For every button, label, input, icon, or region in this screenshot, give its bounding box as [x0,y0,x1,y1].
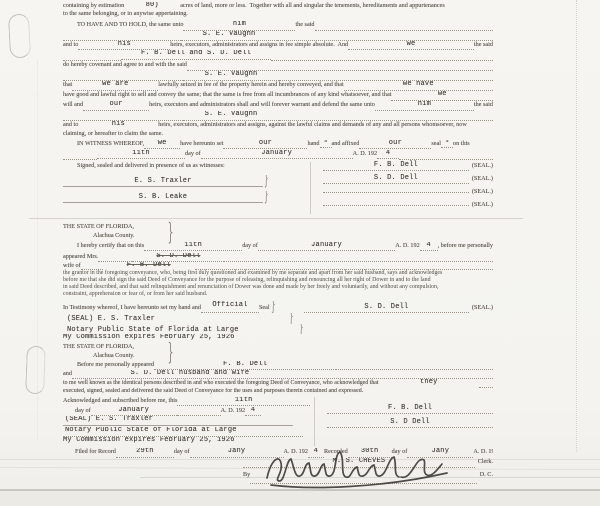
printed-text: and to [63,121,78,128]
dotted-leader [479,381,493,388]
line-belonging: to the same belonging, or in anywise app… [63,10,493,21]
fill-rec-day: 30th [348,448,392,457]
clerk-block: M. S. CHEVES Clerk. By D. C. [243,458,493,484]
fill-him: him [183,21,295,30]
dotted-leader [399,153,493,160]
printed-text: appeared Mrs. [63,253,98,260]
fill-notary-sig: (SEAL) E. S. Traxler [63,416,293,425]
line-testimony: In Testimony whereof, I have hereunto se… [63,301,493,313]
witness-seal-block: Signed, sealed and delivered in presence… [63,162,493,214]
fill-sd-dell-wife: S. D. Dell husband and wife [72,370,308,379]
line-notary-signature: (SEAL) E. S. Traxler } [63,313,493,324]
fill-we: we [348,41,474,50]
fill-his: his [78,121,158,129]
line-covenant-name: S. E. Vaughn [63,71,493,81]
fill-s: s [320,140,332,148]
fill-his: his [78,41,170,50]
spacer [276,306,304,313]
line-grantee-name: S. E. Vaughn [63,31,493,40]
printed-text: day of [242,242,258,249]
line-deputy: By D. C. [243,471,493,484]
fill-day: 11th [144,242,242,251]
printed-text: to the same belonging, or in anywise app… [63,10,188,17]
line-commission: My Commission expires February 25, 1926 [63,334,493,343]
fill-witness2: S. B. Leake [63,194,263,203]
line-notary-title: Notary Public State of Florida at Large … [63,324,493,334]
dotted-leader [279,114,493,121]
paragraph-line: constraint, apprehension or fear of, or … [63,291,493,298]
commission-text: My Commission expires February 25, 1926 [63,437,235,444]
line-notary-title-2: Notary Public State of Florida at Large [63,427,310,437]
fill-we-have: we have [344,81,493,90]
fill-filed-month: Jany [190,448,284,457]
fill-they: they [379,379,479,387]
line-before-me: Before me personally appeared F. B. Dell [63,361,493,370]
brace: } [264,175,268,190]
fill-rec-month: Jany [407,448,473,457]
witness-signature-1: E. S. Traxler } [63,175,306,190]
printed-text: In Testimony whereof, I have hereunto se… [63,304,201,311]
dotted-leader [63,34,181,41]
fill-we: we [144,140,180,149]
line-witness-date: 11th day of January A. D. 192 4 [63,150,493,160]
line-lawful-right: have good and lawful right to sell and c… [63,91,493,101]
printed-text: , before me personally [438,242,493,249]
fill-sig2: S. D Dell [327,419,493,428]
acknowledgment-block: Acknowledged and subscribed before me, t… [63,397,493,446]
printed-text: acres of land, more or less. Together wi… [180,2,445,9]
printed-text: containing by estimation [63,2,124,9]
page-edge-band [0,491,600,506]
printed-text: wife of [63,262,81,269]
printed-text: do hereby covenant and agree to and with… [63,61,187,68]
dotted-leader [271,54,493,61]
ack-signature-1: F. B. Dell [327,405,493,419]
printed-text: A. D. 192 [473,448,493,455]
printed-text: will and [63,101,83,108]
seal-line-empty-2: (SEAL.) [323,201,493,214]
dotted-leader [336,363,493,370]
fill-sig1: F. B. Dell [327,405,493,414]
printed-text: claiming, or hereafter to claim the same… [63,130,163,137]
dotted-leader [63,153,97,160]
line-have-hold: TO HAVE AND TO HOLD, the same unto him t… [63,21,493,31]
brace: } [271,301,275,313]
line-warrant-name: S. E. Vaughn [63,111,493,121]
dotted-leader [63,74,183,81]
printed-text: the said [474,41,493,48]
line-executed: executed, signed, sealed and delivered t… [63,388,493,397]
fill-day: 11th [97,150,185,159]
line-ack-date: day of January A. D. 192 4 [63,407,310,416]
acknowledgment-right: F. B. Dell S. D Dell [315,397,493,446]
dotted-leader [277,34,493,41]
dotted-leader [323,205,469,206]
fill-grantee: S. E. Vaughn [181,31,277,40]
brace: } [299,324,303,334]
fill-sig1: F. B. Dell [323,162,469,171]
fill-our: our [83,101,149,110]
dotted-leader [224,255,493,262]
commission-text: My Commission expires February 25, 1926 [63,334,235,341]
printed-text: A. D. 192 [284,448,308,455]
line-claiming: claiming, or hereafter to claim the same… [63,130,493,140]
hole-punch-top [8,13,31,58]
printed-text: TO HAVE AND TO HOLD, the same unto [77,21,183,28]
fill-s: s [441,140,453,148]
printed-text: Before me personally appeared [77,361,154,368]
printed-text: I hereby certify that on this [77,242,144,249]
printed-text: A. D. 192 [221,407,245,414]
dotted-leader [98,255,132,262]
printed-text: and [63,370,72,377]
printed-text: that [63,81,72,88]
brace: } [168,218,174,246]
dotted-leader [279,74,493,81]
fill-notary-title: Notary Public State of Florida at Large [63,427,303,436]
dotted-leader [250,477,477,484]
witness-column: Signed, sealed and delivered in presence… [63,162,311,214]
seal-label: (SEAL.) [469,188,493,195]
printed-text: heirs, executors and administrators shal… [149,101,375,108]
printed-text: and to [63,41,78,48]
line-county: Alachua County. [63,232,493,241]
deed-document: containing by estimation 80) acres of la… [63,2,493,484]
printed-text: day of [75,407,91,414]
fill-wife-name: S. D. Dell [132,253,224,262]
printed-text: day of [392,448,408,455]
fill-him: him [375,101,474,110]
printed-text: and affixed [332,140,360,147]
line-state: THE STATE OF FLORIDA, [63,343,493,352]
printed-text: the said [295,21,314,28]
dower-paragraph: the grantor in the foregoing conveyance,… [63,270,493,297]
dotted-leader [308,372,493,379]
fill-our: our [359,140,431,149]
seal-label: (SEAL.) [469,175,493,182]
fill-year: 4 [377,150,399,159]
line-clerk: M. S. CHEVES Clerk. [243,458,493,471]
line-commission-2: My Commission expires February 25, 1926 [63,437,310,446]
acknowledgment-left: Acknowledged and subscribed before me, t… [63,397,315,446]
line-well-known: to me well known as the identical person… [63,379,493,387]
printed-text: Recorded [324,448,348,455]
dotted-leader [315,24,493,31]
brace: } [264,191,268,206]
line-presence: Signed, sealed and delivered in presence… [63,162,306,175]
fill-we: we [391,91,493,100]
fill-filed-day: 29th [116,448,174,457]
fill-filed-year: 4 [308,448,324,457]
printed-text: heirs, executors, administrators and ass… [158,121,467,128]
grantor-signature-2: S. D. Dell (SEAL.) [323,175,493,188]
printed-text: to me well known as the identical person… [63,380,379,387]
fill-notary-title: Notary Public State of Florida at Large [63,327,298,334]
seal-label: (SEAL.) [469,304,493,311]
dotted-leader [323,192,469,193]
line-witness-whereof: IN WITNESS WHEREOF, we have hereunto set… [63,140,493,150]
printed-text: executed, signed, sealed and delivered t… [63,388,363,395]
fill-name: S. E. Vaughn [183,71,279,80]
printed-text: A. D. 192 [395,242,419,249]
scanned-deed-page: containing by estimation 80) acres of la… [0,0,600,506]
witness-signature-2: S. B. Leake } [63,191,306,206]
seal-label: (SEAL.) [469,162,493,169]
notary2-heading: THE STATE OF FLORIDA, Alachua County. } [63,343,493,361]
notary1-heading: THE STATE OF FLORIDA, Alachua County. } [63,223,493,242]
line-county: Alachua County. [63,352,493,361]
line-acknowledged: Acknowledged and subscribed before me, t… [63,397,310,407]
printed-text: have good and lawful right to sell and c… [63,91,391,98]
line-covenant: do hereby covenant and agree to and with… [63,61,493,71]
dotted-leader [177,409,221,416]
printed-text: Alachua County. [93,352,135,359]
brace: } [168,338,174,366]
fill-month: January [201,150,353,159]
printed-text: Seal [259,304,270,311]
fill-sig2: S. D. Dell [323,175,469,184]
printed-text: IN WITNESS WHEREOF, [77,140,144,147]
line-acreage: containing by estimation 80) acres of la… [63,2,493,10]
seal-line-empty-1: (SEAL.) [323,188,493,201]
fill-day: 11th [177,397,310,406]
line-certify: I hereby certify that on this 11th day o… [63,242,493,253]
line-claims: and to his heirs, executors, administrat… [63,121,493,129]
dotted-leader [187,64,493,71]
printed-text: Filed for Record [75,448,116,455]
scan-edge-left [37,60,38,440]
printed-text: hand [307,140,319,147]
line-notary-signature-2: (SEAL) E. S. Traxler [63,416,310,427]
ack-signature-2: S. D Dell [327,419,493,433]
fill-official: Official [201,304,259,313]
printed-text: Signed, sealed and delivered in presence… [77,162,225,169]
printed-text: Alachua County. [93,232,135,239]
paragraph-line: before me that she did sign the said Dee… [63,277,493,284]
fill-clerk-stamp: M. S. CHEVES [243,458,475,467]
fill-year: 4 [420,242,438,251]
fill-notary-sig: (SEAL) E. S. Traxler [63,316,288,324]
line-heirs-absolute: and to his heirs, executors, administrat… [63,41,493,50]
dotted-leader [63,114,183,121]
clerk-label: Clerk. [475,458,493,465]
fill-fb-dell: F. B. Dell [154,361,336,370]
printed-text: the said [474,101,493,108]
paragraph-line: in said Deed described, and that said re… [63,284,493,291]
printed-text: day of [174,448,190,455]
printed-text: on this [453,140,470,147]
printed-text: By [243,471,250,478]
scan-edge-right [576,0,577,452]
printed-text: seal [431,140,441,147]
printed-text: THE STATE OF FLORIDA, [63,343,134,350]
fill-witness1: E. S. Traxler [63,178,263,187]
line-grantors-names: F. B. Dell and S. D. Dell [63,50,493,61]
printed-text: THE STATE OF FLORIDA, [63,223,134,230]
fill-our: our [223,140,307,149]
seal-label: (SEAL.) [469,201,493,208]
fill-month: January [258,242,395,251]
line-filed: Filed for Record 29th day of Jany A. D. … [63,448,493,458]
fill-sd-dell-signature: S. D. Dell [304,304,469,313]
line-seized: that we are lawfully seized in fee of th… [63,81,493,91]
printed-text: Acknowledged and subscribed before me, t… [63,397,177,404]
line-appeared-mrs: appeared Mrs. S. D. Dell [63,253,493,262]
printed-text: day of [185,150,201,157]
line-warrant: will and our heirs, executors and admini… [63,101,493,111]
printed-text: heirs, executors, administrators and ass… [170,41,348,48]
fill-grantors: F. B. Dell and S. D. Dell [121,50,271,59]
line-and-wife: and S. D. Dell husband and wife [63,370,493,379]
printed-text: A. D. 192 [353,150,377,157]
fill-name: S. E. Vaughn [183,111,279,120]
fill-year: 4 [245,407,261,416]
seal-column: F. B. Dell (SEAL.) S. D. Dell (SEAL.) (S… [311,162,493,214]
fill-we-are: we are [72,81,158,90]
printed-text: lawfully seized in fee of the property h… [158,81,343,88]
dotted-leader [63,54,121,61]
brace: } [289,313,293,324]
printed-text: have hereunto set [180,140,223,147]
line-state: THE STATE OF FLORIDA, [63,223,493,232]
hole-punch-bottom [25,346,46,395]
fill-acres: 80) [124,2,180,10]
section-divider [29,218,523,219]
deputy-label: D. C. [477,471,493,478]
fill-month: January [91,407,177,416]
